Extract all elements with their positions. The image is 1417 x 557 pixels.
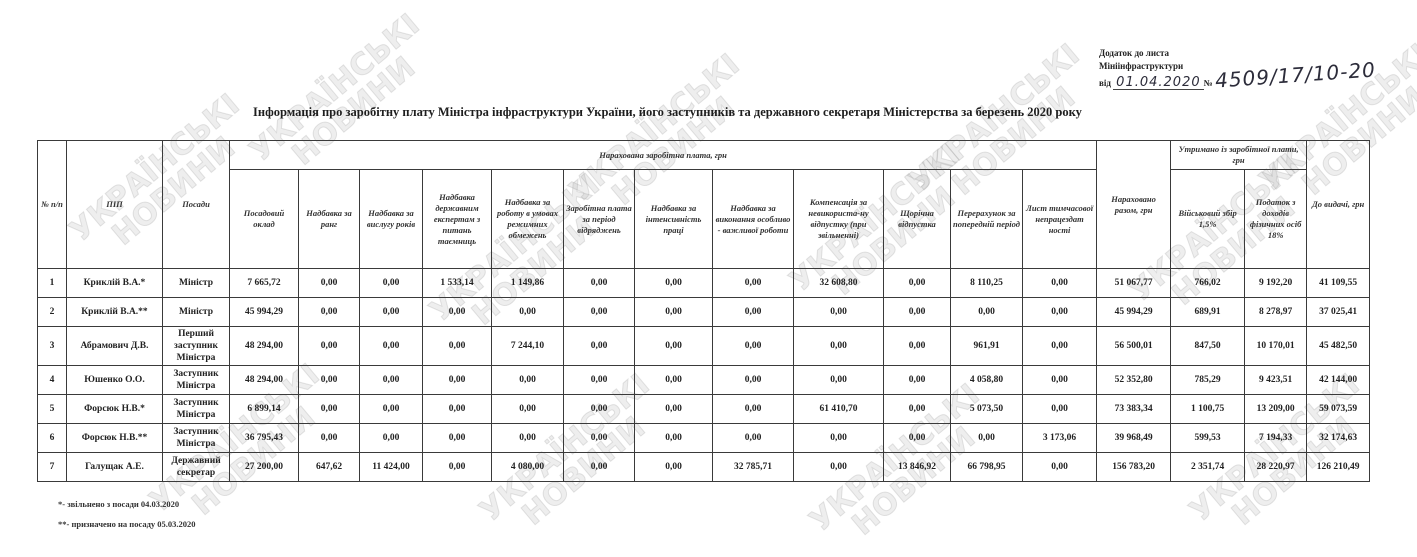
cell-accrued: 0,00 (794, 424, 884, 453)
cell-to-pay: 42 144,00 (1307, 366, 1370, 395)
cell-withheld: 8 278,97 (1245, 298, 1307, 327)
cell-accrued: 0,00 (1023, 395, 1097, 424)
col-header-name: ПІП (67, 141, 163, 269)
cell-accrued: 0,00 (299, 298, 360, 327)
cell-accrued: 0,00 (492, 395, 564, 424)
cell-accrued: 0,00 (884, 424, 951, 453)
col-header-total-accrued: Нараховано разом, грн (1097, 141, 1171, 269)
cell-accrued: 0,00 (635, 298, 713, 327)
col-header-accrued: Щорічна відпустка (884, 170, 951, 269)
cell-accrued: 4 058,80 (951, 366, 1023, 395)
col-header-accrued: Надбавка за виконання особливо - важливо… (713, 170, 794, 269)
cell-accrued: 0,00 (635, 453, 713, 482)
cell-accrued: 1 149,86 (492, 269, 564, 298)
col-header-accrued: Надбавка державним експертам з питань та… (423, 170, 492, 269)
cell-position: Перший заступник Міністра (163, 327, 230, 366)
cell-accrued: 48 294,00 (230, 327, 299, 366)
cell-accrued: 0,00 (492, 298, 564, 327)
cell-accrued: 0,00 (299, 327, 360, 366)
cell-accrued: 48 294,00 (230, 366, 299, 395)
cell-accrued: 11 424,00 (360, 453, 423, 482)
cell-accrued: 61 410,70 (794, 395, 884, 424)
cell-position: Заступник Міністра (163, 424, 230, 453)
cell-accrued: 0,00 (884, 298, 951, 327)
cell-withheld: 10 170,01 (1245, 327, 1307, 366)
cell-accrued: 0,00 (1023, 366, 1097, 395)
annex-line-1: Додаток до листа (1099, 47, 1376, 60)
col-header-accrued: Надбавка за роботу в умовах режимних обм… (492, 170, 564, 269)
cell-accrued: 0,00 (423, 298, 492, 327)
annex-stamp: Додаток до листа Мініінфраструктури від … (1099, 47, 1376, 90)
salary-table-body: 1Криклій В.А.*Міністр7 665,720,000,001 5… (38, 269, 1370, 482)
cell-withheld: 599,53 (1171, 424, 1245, 453)
cell-accrued: 0,00 (1023, 327, 1097, 366)
cell-accrued: 66 798,95 (951, 453, 1023, 482)
cell-total-accrued: 73 383,34 (1097, 395, 1171, 424)
cell-to-pay: 126 210,49 (1307, 453, 1370, 482)
cell-accrued: 0,00 (299, 269, 360, 298)
col-header-to-pay: До видачі, грн (1307, 141, 1370, 269)
cell-accrued: 0,00 (794, 327, 884, 366)
col-header-position: Посади (163, 141, 230, 269)
cell-accrued: 0,00 (1023, 269, 1097, 298)
cell-accrued: 0,00 (635, 327, 713, 366)
cell-accrued: 0,00 (713, 298, 794, 327)
cell-accrued: 0,00 (423, 366, 492, 395)
cell-accrued: 0,00 (564, 366, 635, 395)
cell-idx: 4 (38, 366, 67, 395)
cell-accrued: 0,00 (635, 395, 713, 424)
cell-accrued: 0,00 (299, 395, 360, 424)
cell-accrued: 0,00 (884, 366, 951, 395)
cell-withheld: 28 220,97 (1245, 453, 1307, 482)
cell-accrued: 961,91 (951, 327, 1023, 366)
cell-accrued: 5 073,50 (951, 395, 1023, 424)
cell-withheld: 13 209,00 (1245, 395, 1307, 424)
cell-accrued: 0,00 (951, 298, 1023, 327)
footnotes: *- звільнено з посади 04.03.2020 **- при… (58, 494, 196, 534)
col-header-accrued: Надбавка за інтенсивність праці (635, 170, 713, 269)
col-header-accrued: Надбавка за ранг (299, 170, 360, 269)
cell-accrued: 0,00 (564, 453, 635, 482)
cell-idx: 1 (38, 269, 67, 298)
cell-position: Міністр (163, 298, 230, 327)
cell-accrued: 0,00 (564, 269, 635, 298)
cell-accrued: 8 110,25 (951, 269, 1023, 298)
col-header-accrued: Посадовий оклад (230, 170, 299, 269)
document-title: Інформація про заробітну плату Міністра … (253, 105, 1082, 120)
cell-accrued: 0,00 (423, 327, 492, 366)
cell-accrued: 7 244,10 (492, 327, 564, 366)
cell-accrued: 0,00 (492, 366, 564, 395)
cell-accrued: 0,00 (635, 366, 713, 395)
cell-accrued: 0,00 (1023, 453, 1097, 482)
cell-accrued: 0,00 (299, 424, 360, 453)
cell-accrued: 0,00 (713, 424, 794, 453)
footnote-dismissed: *- звільнено з посади 04.03.2020 (58, 494, 196, 514)
cell-withheld: 2 351,74 (1171, 453, 1245, 482)
header-row-1: № п/п ПІП Посади Нарахована заробітна пл… (38, 141, 1370, 170)
salary-table: № п/п ПІП Посади Нарахована заробітна пл… (37, 140, 1370, 482)
cell-withheld: 847,50 (1171, 327, 1245, 366)
table-row: 6Форсюк Н.В.**Заступник Міністра36 795,4… (38, 424, 1370, 453)
col-header-accrued: Заробітна плата за період відряджень (564, 170, 635, 269)
cell-name: Форсюк Н.В.** (67, 424, 163, 453)
cell-accrued: 0,00 (884, 269, 951, 298)
cell-accrued: 4 080,00 (492, 453, 564, 482)
cell-accrued: 36 795,43 (230, 424, 299, 453)
table-row: 7Галущак А.Е.Державний секретар27 200,00… (38, 453, 1370, 482)
cell-withheld: 1 100,75 (1171, 395, 1245, 424)
cell-accrued: 647,62 (299, 453, 360, 482)
cell-accrued: 0,00 (713, 269, 794, 298)
cell-accrued: 0,00 (713, 395, 794, 424)
annex-line-3: від 01.04.2020№ 4509/17/10-20 (1099, 73, 1376, 90)
cell-withheld: 9 423,51 (1245, 366, 1307, 395)
cell-idx: 5 (38, 395, 67, 424)
cell-accrued: 0,00 (884, 327, 951, 366)
annex-date: 01.04.2020 (1113, 76, 1203, 90)
cell-accrued: 7 665,72 (230, 269, 299, 298)
cell-accrued: 0,00 (564, 327, 635, 366)
cell-accrued: 0,00 (884, 395, 951, 424)
annex-from-label: від (1099, 78, 1111, 88)
cell-accrued: 0,00 (794, 298, 884, 327)
header-row-2: Посадовий окладНадбавка за рангНадбавка … (38, 170, 1370, 269)
cell-idx: 7 (38, 453, 67, 482)
col-group-accrued: Нарахована заробітна плата, грн (230, 141, 1097, 170)
cell-accrued: 0,00 (713, 327, 794, 366)
cell-accrued: 0,00 (360, 298, 423, 327)
footnote-appointed: **- призначено на посаду 05.03.2020 (58, 514, 196, 534)
cell-accrued: 0,00 (423, 453, 492, 482)
cell-accrued: 13 846,92 (884, 453, 951, 482)
cell-accrued: 0,00 (1023, 298, 1097, 327)
cell-total-accrued: 156 783,20 (1097, 453, 1171, 482)
cell-position: Державний секретар (163, 453, 230, 482)
table-row: 3Абрамович Д.В.Перший заступник Міністра… (38, 327, 1370, 366)
table-row: 1Криклій В.А.*Міністр7 665,720,000,001 5… (38, 269, 1370, 298)
cell-idx: 2 (38, 298, 67, 327)
cell-accrued: 0,00 (423, 424, 492, 453)
cell-accrued: 0,00 (635, 269, 713, 298)
cell-total-accrued: 56 500,01 (1097, 327, 1171, 366)
cell-accrued: 0,00 (360, 395, 423, 424)
cell-to-pay: 37 025,41 (1307, 298, 1370, 327)
cell-name: Абрамович Д.В. (67, 327, 163, 366)
cell-accrued: 32 608,80 (794, 269, 884, 298)
cell-withheld: 9 192,20 (1245, 269, 1307, 298)
cell-accrued: 0,00 (492, 424, 564, 453)
cell-accrued: 0,00 (564, 424, 635, 453)
col-header-withheld: Податок з доходів фізичних осіб 18% (1245, 170, 1307, 269)
cell-accrued: 32 785,71 (713, 453, 794, 482)
cell-accrued: 0,00 (299, 366, 360, 395)
table-row: 4Юшенко О.О.Заступник Міністра48 294,000… (38, 366, 1370, 395)
cell-name: Криклій В.А.** (67, 298, 163, 327)
cell-accrued: 0,00 (564, 395, 635, 424)
cell-to-pay: 41 109,55 (1307, 269, 1370, 298)
cell-accrued: 0,00 (635, 424, 713, 453)
cell-total-accrued: 45 994,29 (1097, 298, 1171, 327)
cell-accrued: 0,00 (713, 366, 794, 395)
cell-to-pay: 45 482,50 (1307, 327, 1370, 366)
col-group-withheld: Утримано із заробітної плати, грн (1171, 141, 1307, 170)
col-header-accrued: Надбавка за вислугу років (360, 170, 423, 269)
annex-reg-number: 4509/17/10-20 (1215, 63, 1376, 87)
cell-to-pay: 59 073,59 (1307, 395, 1370, 424)
cell-total-accrued: 51 067,77 (1097, 269, 1171, 298)
col-header-withheld: Військовий збір 1,5% (1171, 170, 1245, 269)
cell-to-pay: 32 174,63 (1307, 424, 1370, 453)
col-header-accrued: Лист тимчасової непрацездат ності (1023, 170, 1097, 269)
cell-position: Заступник Міністра (163, 366, 230, 395)
cell-accrued: 0,00 (794, 453, 884, 482)
cell-accrued: 27 200,00 (230, 453, 299, 482)
cell-accrued: 0,00 (360, 327, 423, 366)
cell-accrued: 0,00 (564, 298, 635, 327)
cell-name: Галущак А.Е. (67, 453, 163, 482)
table-row: 2Криклій В.А.**Міністр45 994,290,000,000… (38, 298, 1370, 327)
cell-accrued: 0,00 (360, 269, 423, 298)
cell-accrued: 0,00 (794, 366, 884, 395)
cell-withheld: 689,91 (1171, 298, 1245, 327)
cell-total-accrued: 39 968,49 (1097, 424, 1171, 453)
cell-withheld: 766,02 (1171, 269, 1245, 298)
col-header-accrued: Компенсація за невикориста-ну відпустку … (794, 170, 884, 269)
cell-total-accrued: 52 352,80 (1097, 366, 1171, 395)
cell-withheld: 7 194,33 (1245, 424, 1307, 453)
cell-position: Заступник Міністра (163, 395, 230, 424)
cell-accrued: 3 173,06 (1023, 424, 1097, 453)
cell-accrued: 0,00 (951, 424, 1023, 453)
cell-accrued: 6 899,14 (230, 395, 299, 424)
cell-name: Юшенко О.О. (67, 366, 163, 395)
cell-name: Форсюк Н.В.* (67, 395, 163, 424)
cell-accrued: 0,00 (360, 366, 423, 395)
cell-accrued: 1 533,14 (423, 269, 492, 298)
table-row: 5Форсюк Н.В.*Заступник Міністра6 899,140… (38, 395, 1370, 424)
col-header-accrued: Перерахунок за попередній період (951, 170, 1023, 269)
cell-accrued: 0,00 (423, 395, 492, 424)
cell-accrued: 45 994,29 (230, 298, 299, 327)
cell-accrued: 0,00 (360, 424, 423, 453)
cell-name: Криклій В.А.* (67, 269, 163, 298)
col-header-idx: № п/п (38, 141, 67, 269)
cell-idx: 6 (38, 424, 67, 453)
cell-position: Міністр (163, 269, 230, 298)
cell-withheld: 785,29 (1171, 366, 1245, 395)
cell-idx: 3 (38, 327, 67, 366)
annex-number-label: № (1204, 78, 1213, 88)
